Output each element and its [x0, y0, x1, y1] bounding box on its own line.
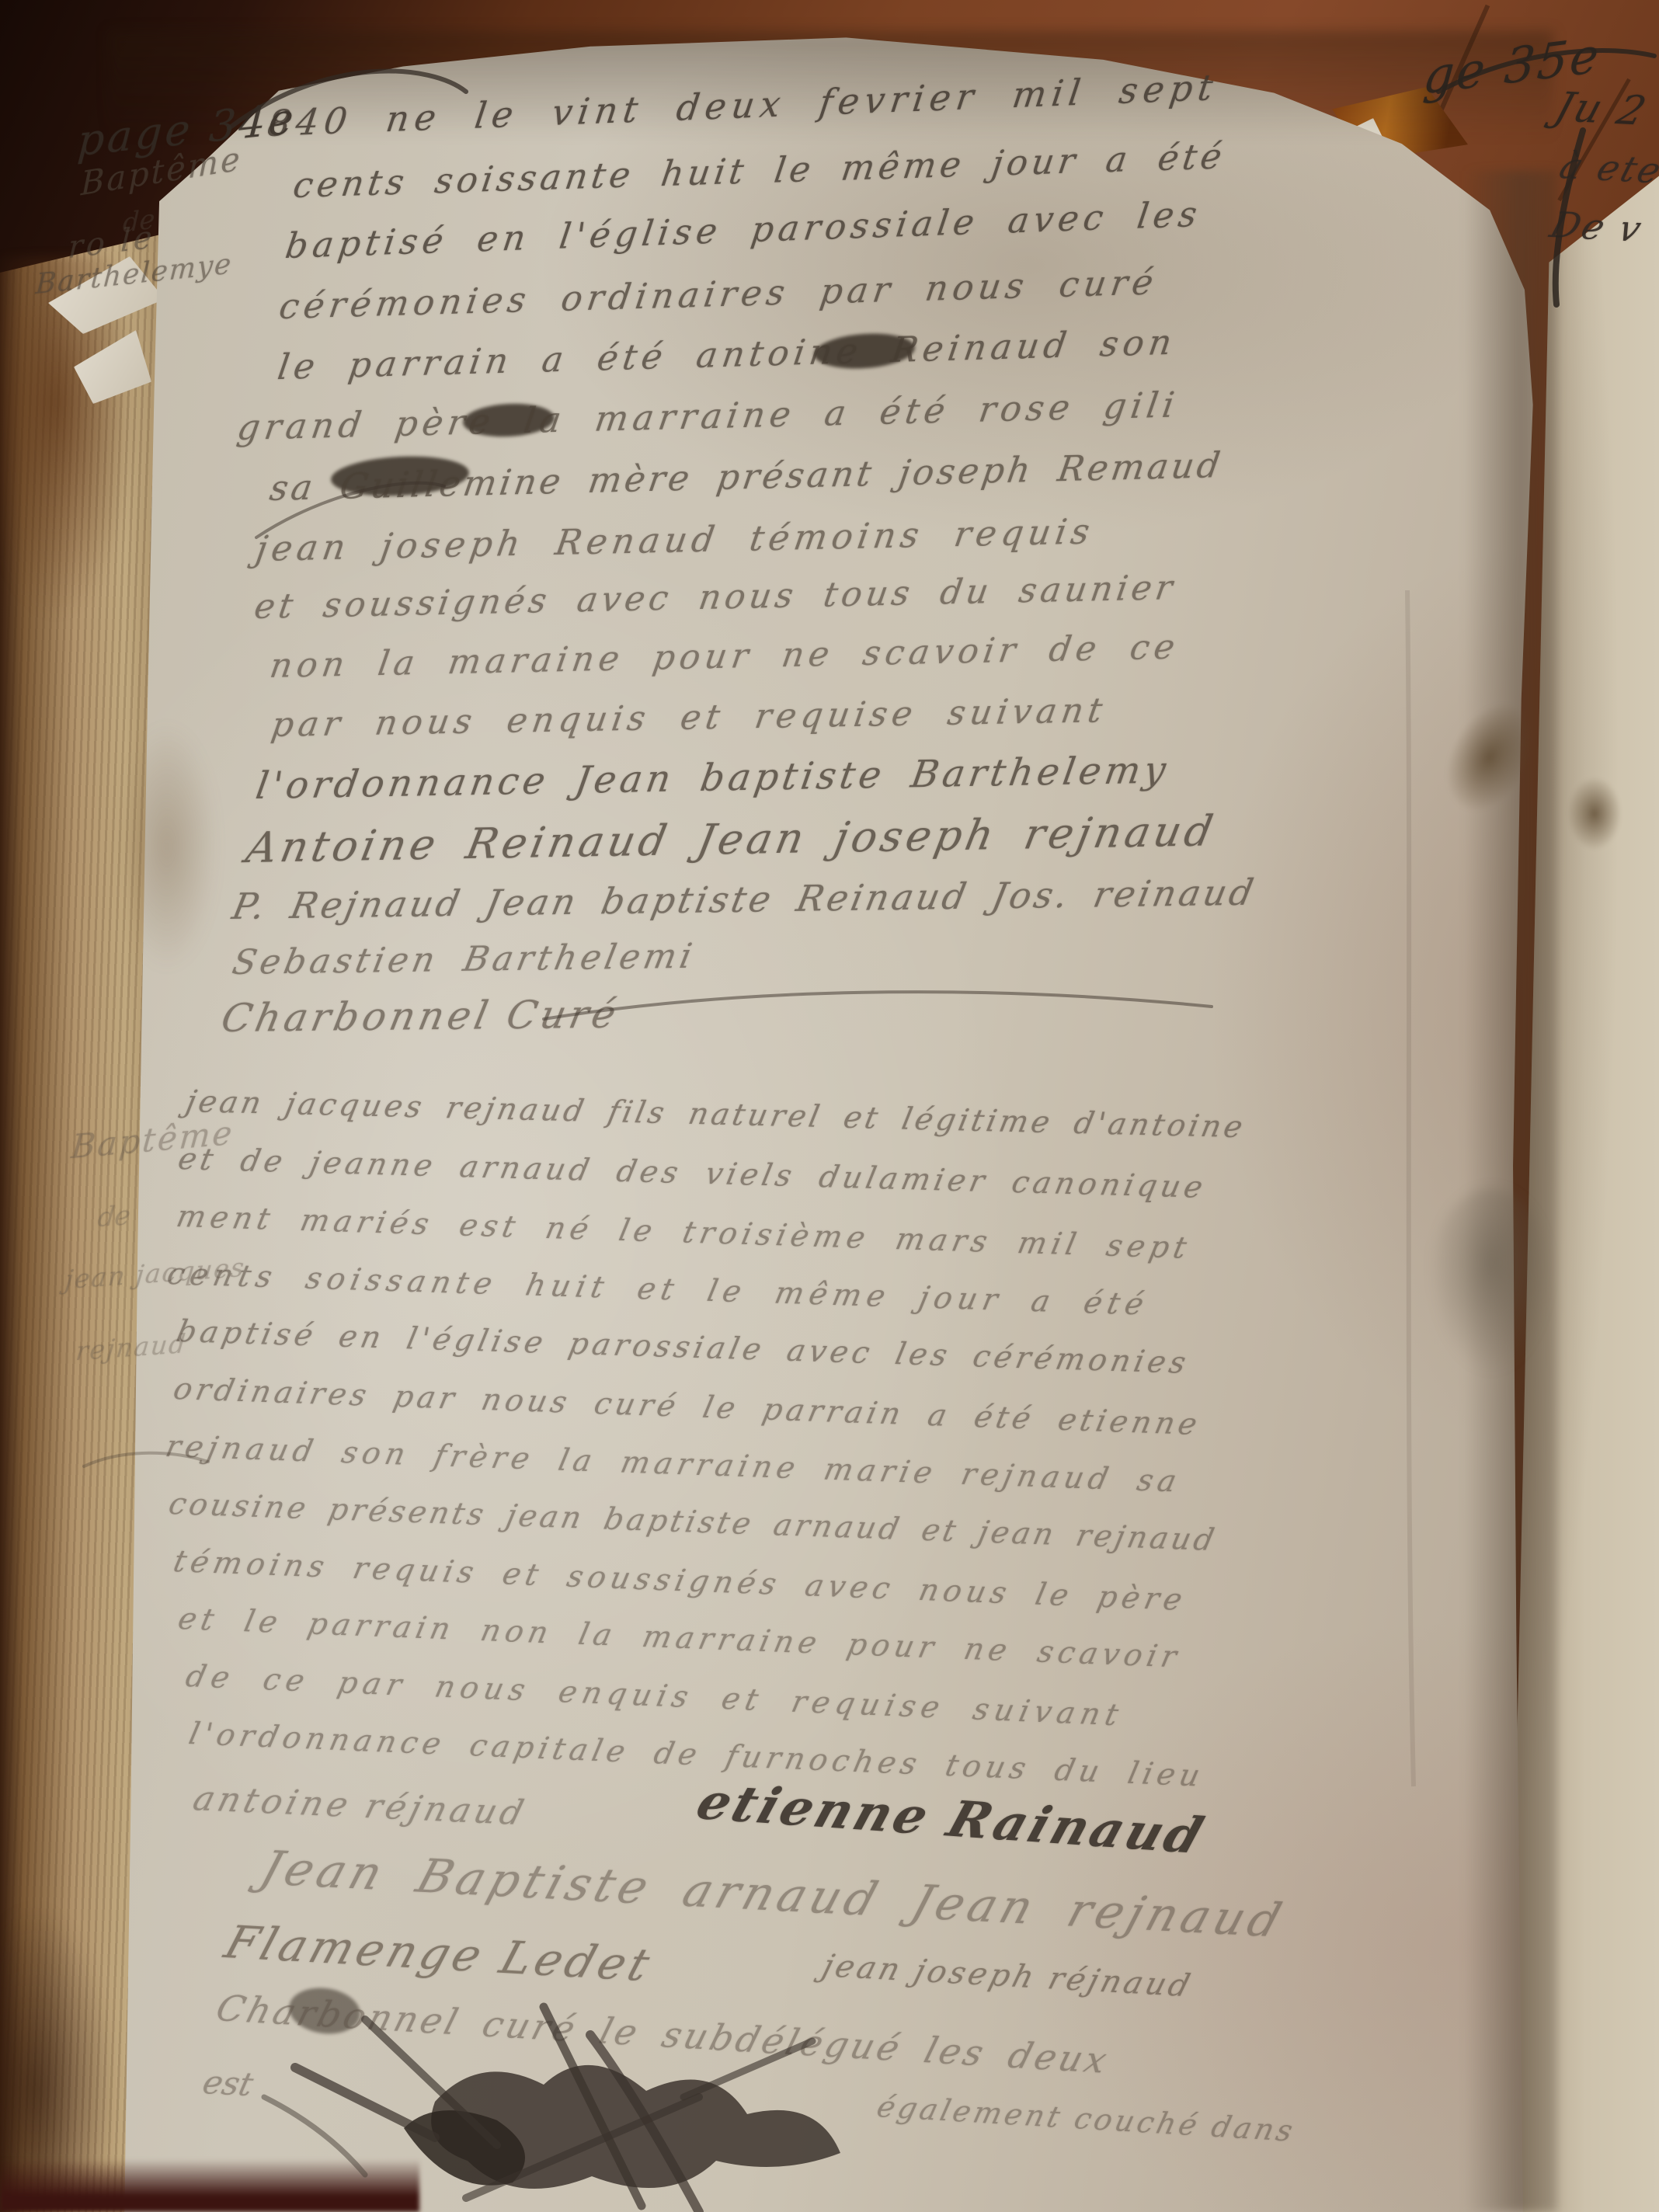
page-edge-stain: [0, 1903, 117, 2212]
manuscript-photo: page 34e ge 35e Baptême de ro le Barthel…: [0, 0, 1659, 2212]
signature: Sebastien Barthelemi: [229, 937, 699, 983]
smudge-stain: [1429, 1188, 1553, 1375]
margin-note-line: de: [96, 1200, 132, 1233]
record-line: est: [199, 2063, 256, 2103]
paper-stain: [117, 722, 217, 971]
facing-page-line: Ju 2: [1549, 84, 1654, 134]
facing-page-line: De v: [1546, 203, 1649, 249]
facing-page-line: à ete: [1555, 144, 1659, 191]
ink-stain: [1567, 777, 1622, 850]
signature: Charbonnel Curé: [217, 992, 624, 1041]
